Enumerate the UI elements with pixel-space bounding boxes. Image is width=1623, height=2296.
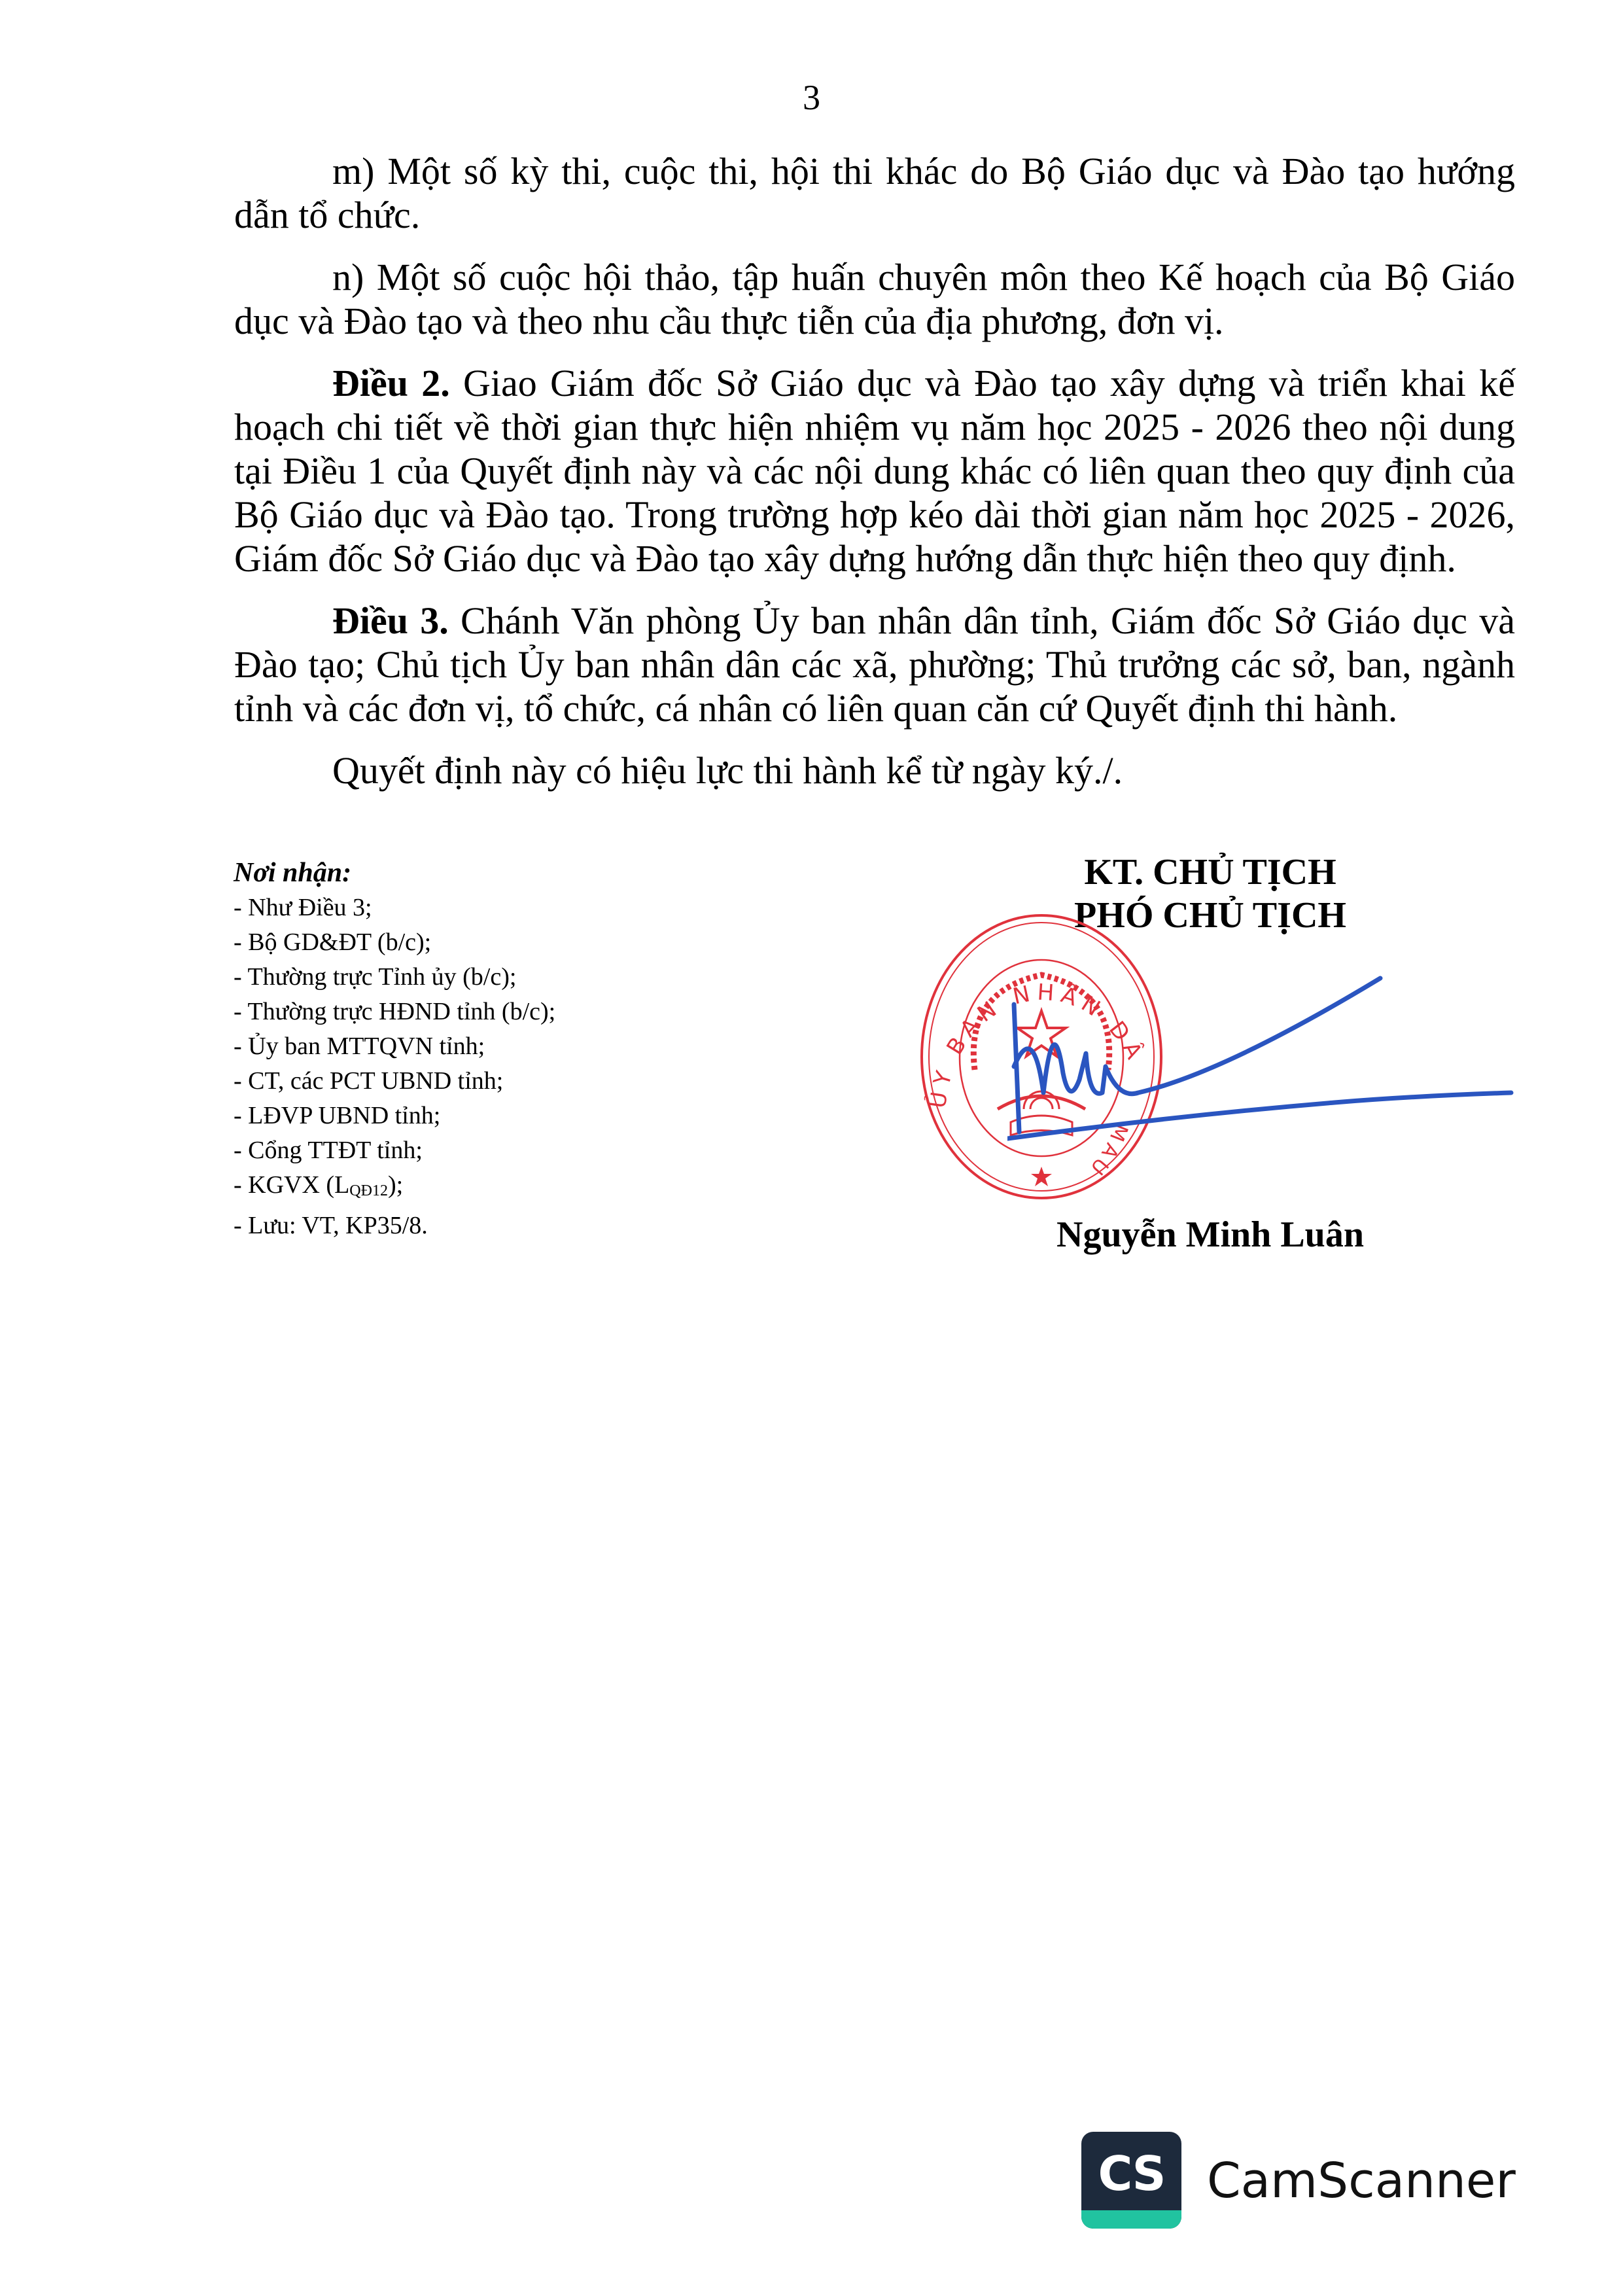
signature-title-line1: KT. CHỦ TỊCH (981, 851, 1439, 894)
article-3: Điều 3. Chánh Văn phòng Ủy ban nhân dân … (234, 599, 1515, 730)
recipient-item: - Lưu: VT, KP35/8. (234, 1209, 555, 1243)
recipients-heading: Nơi nhận: (234, 856, 555, 891)
recipient-item: - Thường trực HĐND tỉnh (b/c); (234, 995, 555, 1029)
paragraph-n: n) Một số cuộc hội thảo, tập huấn chuyên… (234, 255, 1515, 343)
document-body: m) Một số kỳ thi, cuộc thi, hội thi khác… (234, 149, 1515, 811)
recipients-list: Nơi nhận: - Như Điều 3; - Bộ GD&ĐT (b/c)… (234, 856, 555, 1243)
recipient-item: - Bộ GD&ĐT (b/c); (234, 925, 555, 960)
page-number: 3 (0, 77, 1623, 118)
effective-clause: Quyết định này có hiệu lực thi hành kể t… (234, 749, 1515, 792)
article-2: Điều 2. Giao Giám đốc Sở Giáo dục và Đào… (234, 361, 1515, 580)
recipient-item: - Cổng TTĐT tỉnh; (234, 1133, 555, 1168)
recipient-item: - Ủy ban MTTQVN tỉnh; (234, 1029, 555, 1064)
recipient-item: - Thường trực Tỉnh ủy (b/c); (234, 960, 555, 995)
paragraph-m: m) Một số kỳ thi, cuộc thi, hội thi khác… (234, 149, 1515, 237)
article-2-label: Điều 2. (332, 362, 450, 404)
recipient-item: - Như Điều 3; (234, 891, 555, 925)
handwritten-signature-icon (1007, 968, 1518, 1178)
recipient-item: - KGVX (LQĐ12); (234, 1168, 555, 1209)
signer-name: Nguyễn Minh Luân (916, 1214, 1505, 1256)
recipient-item: - LĐVP UBND tỉnh; (234, 1099, 555, 1133)
article-3-label: Điều 3. (332, 599, 449, 642)
camscanner-logo-icon: CS (1081, 2132, 1181, 2229)
camscanner-brand: CamScanner (1207, 2153, 1516, 2209)
recipient-item: - CT, các PCT UBND tỉnh; (234, 1064, 555, 1099)
